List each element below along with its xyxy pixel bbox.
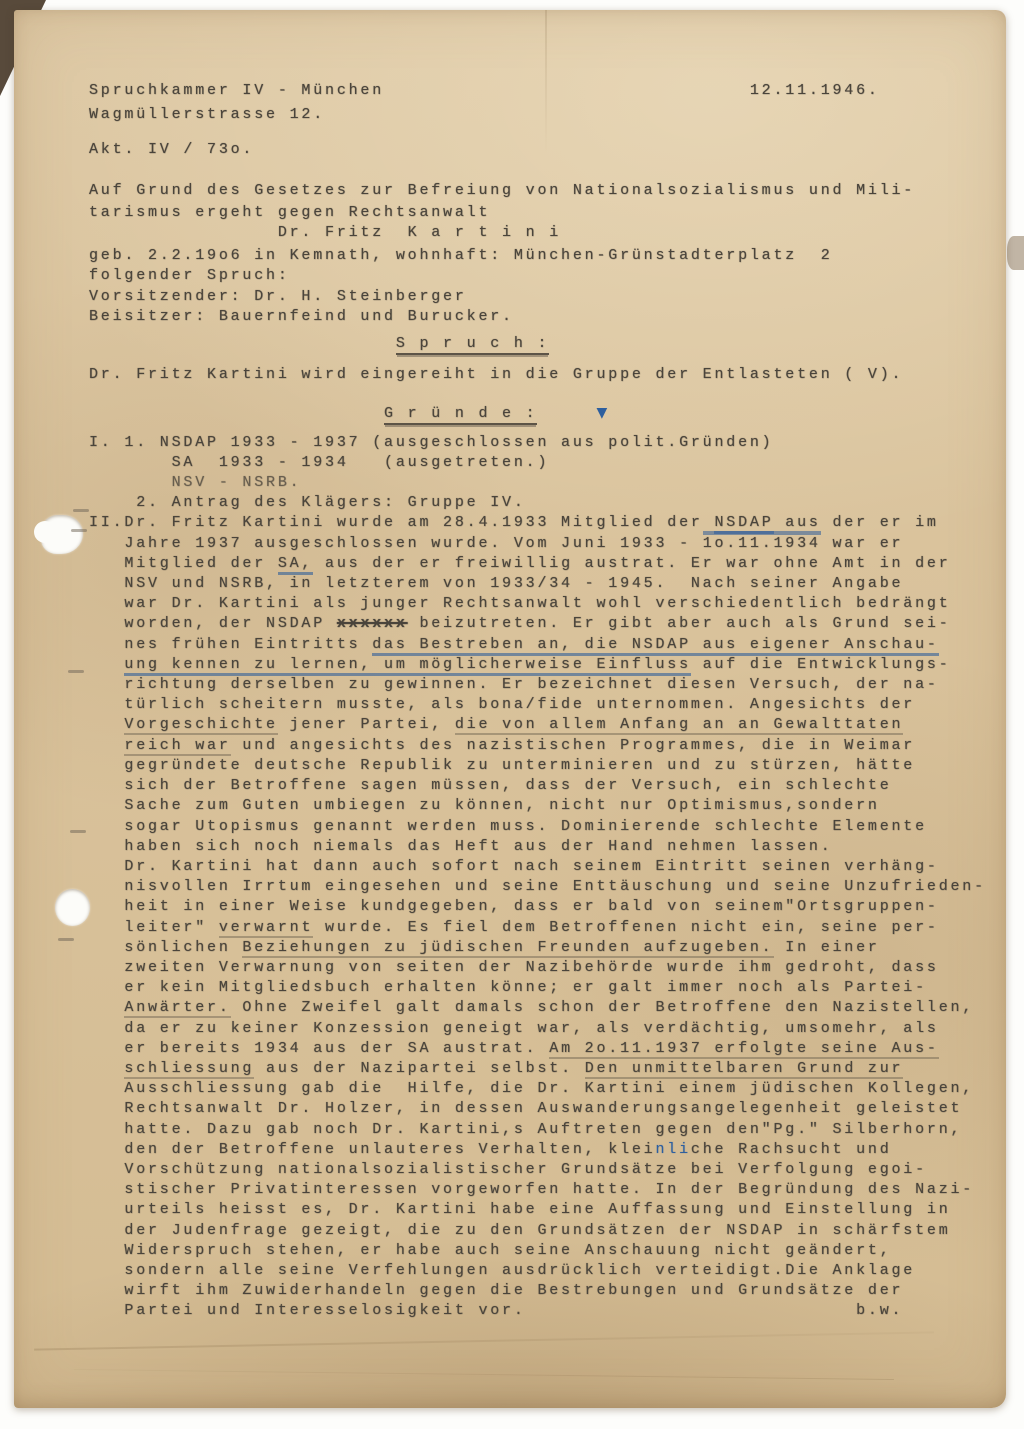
hole-punch [41, 515, 83, 554]
body-line: zweiten Verwarnung von seiten der Nazibe… [89, 958, 1006, 978]
blue-underlined-text: das Bestreben an, die NSDAP aus eigener … [372, 636, 938, 656]
body-line: sogar Utopismus genannt werden muss. Dom… [89, 817, 1006, 837]
body-line: Rechtsanwalt Dr. Holzer, in dessen Auswa… [89, 1099, 1006, 1119]
closing-and-turn-over: Partei und Interesselosigkeit vor. b.w. [89, 1301, 1006, 1321]
body-line: Dr. Kartini hat dann auch sofort nach se… [89, 857, 1006, 877]
preamble-line: folgender Spruch: [89, 266, 1006, 286]
blue-underlined-text: ung kennen zu lernen, um möglicherweise … [124, 656, 690, 676]
pencil-dash-mark [68, 670, 84, 673]
heading-spruch: S p r u c h : [89, 334, 1006, 354]
pencil-dash-mark [71, 529, 87, 532]
pencil-dash-mark [58, 938, 74, 941]
assessors-line: Beisitzer: Bauernfeind und Burucker. [89, 307, 1006, 327]
body-line: II.Dr. Fritz Kartini wurde am 28.4.1933 … [89, 513, 1006, 533]
chairman-line: Vorsitzender: Dr. H. Steinberger [89, 287, 1006, 307]
body-line: türlich scheitern musste, als bona/fide … [89, 695, 1006, 715]
body-line: Anwärter. Ohne Zweifel galt damals schon… [89, 998, 1006, 1018]
body-line: NSV und NSRB, in letzterem von 1933/34 -… [89, 574, 1006, 594]
body-line: heit in einer Weise kundgegeben, dass er… [89, 897, 1006, 917]
body-line: nisvollen Irrtum eingesehen und seine En… [89, 877, 1006, 897]
body-line: Vorschützung nationalsozialistischer Gru… [89, 1160, 1006, 1180]
pencil-underlined-text: die von allem Anfang an an Gewalttaten [455, 716, 903, 735]
membership-item: I. 1. NSDAP 1933 - 1937 (ausgeschlossen … [89, 433, 1006, 453]
header-address: Wagmüllerstrasse 12. [89, 105, 1006, 125]
pencil-dash-mark [70, 830, 86, 833]
body-line: Widerspruch stehen, er habe auch seine A… [89, 1241, 1006, 1261]
body-line: er kein Mitgliedsbuch erhalten könne; er… [89, 978, 1006, 998]
pencil-underlined-text: Vorgeschichte [124, 716, 277, 735]
body-line: worden, der NSDAP xxxxxx beizutreten. Er… [89, 614, 1006, 634]
blue-arrow-mark: ▼ [596, 405, 610, 421]
header-agency-and-date: Spruchkammer IV - München 12.11.1946. [89, 81, 1006, 101]
body-line: leiter" verwarnt wurde. Es fiel dem Betr… [89, 918, 1006, 938]
application-line: 2. Antrag des Klägers: Gruppe IV. [89, 493, 1006, 513]
document-page: Spruchkammer IV - München 12.11.1946.Wag… [14, 10, 1006, 1408]
preamble-line: Auf Grund des Gesetzes zur Befreiung von… [89, 181, 1006, 201]
body-line: richtung derselben zu gewinnen. Er bezei… [89, 675, 1006, 695]
body-line: wirft ihm Zuwiderhandeln gegen die Bestr… [89, 1281, 1006, 1301]
body-line: schliessung aus der Nazipartei selbst. D… [89, 1059, 1006, 1079]
blue-ink-text: nli [655, 1141, 690, 1158]
body-line: stischer Privatinteressen vorgeworfen ha… [89, 1180, 1006, 1200]
respondent-name: Dr. Fritz K a r t i n i [89, 223, 1006, 243]
body-line: Vorgeschichte jener Partei, die von alle… [89, 715, 1006, 735]
body-line: da er zu keiner Konzession geneigt war, … [89, 1019, 1006, 1039]
membership-item: SA 1933 - 1934 (ausgetreten.) [89, 453, 1006, 473]
body-line: nes frühen Eintritts das Bestreben an, d… [89, 635, 1006, 655]
body-line: haben sich noch niemals das Heft aus der… [89, 837, 1006, 857]
verdict-line: Dr. Fritz Kartini wird eingereiht in die… [89, 365, 1006, 385]
file-number: Akt. IV / 73o. [89, 140, 1006, 160]
heading-gruende: G r ü n d e : ▼ [89, 403, 1006, 424]
body-line: er bereits 1934 aus der SA austrat. Am 2… [89, 1039, 1006, 1059]
pencil-underlined-text: verwarnt [219, 919, 313, 938]
blue-overlined-text: 1o.11.1934 [703, 531, 821, 552]
body-line: sondern alle seine Verfehlungen ausdrück… [89, 1261, 1006, 1281]
pencil-underlined-text: schliessung [124, 1060, 254, 1079]
hole-punch [55, 889, 90, 926]
body-line: Jahre 1937 ausgeschlossen wurde. Vom Jun… [89, 534, 1006, 554]
blue-underlined-text: SA, [278, 555, 313, 575]
struck-out-word: xxxxxx [337, 615, 408, 632]
scan-edge-mark [1007, 236, 1024, 270]
preamble-line: tarismus ergeht gegen Rechtsanwalt [89, 203, 1006, 223]
body-line: war Dr. Kartini als junger Rechtsanwalt … [89, 594, 1006, 614]
body-line: der Judenfrage gezeigt, die zu den Grund… [89, 1221, 1006, 1241]
body-line: urteils heisst es, Dr. Kartini habe eine… [89, 1200, 1006, 1220]
pencil-underlined-text: Am 2o.11.1937 erfolgte seine Aus- [549, 1040, 938, 1059]
pencil-dash-mark [73, 509, 89, 512]
paper-crease [34, 1331, 934, 1350]
body-line: Mitglied der SA, aus der er freiwillig a… [89, 554, 1006, 574]
body-line: sich der Betroffene sagen müssen, dass d… [89, 776, 1006, 796]
membership-item: NSV - NSRB. [89, 473, 1006, 493]
body-line: Ausschliessung gab die Hilfe, die Dr. Ka… [89, 1079, 1006, 1099]
section-heading-text: G r ü n d e : [384, 405, 537, 425]
birth-and-residence: geb. 2.2.19o6 in Kemnath, wohnhaft: Münc… [89, 246, 1006, 266]
body-line: sönlichen Beziehungen zu jüdischen Freun… [89, 938, 1006, 958]
section-heading-text: S p r u c h : [396, 335, 549, 355]
pencil-underlined-text: Beziehungen zu jüdischen Freunden aufzug… [242, 939, 773, 958]
body-line: ung kennen zu lernen, um möglicherweise … [89, 655, 1006, 675]
pencil-underlined-text: Den unmittelbaren Grund zur [585, 1060, 904, 1079]
body-line: reich war und angesichts des nazistische… [89, 736, 1006, 756]
body-line: hatte. Dazu gab noch Dr. Kartini,s Auftr… [89, 1120, 1006, 1140]
pencil-underlined-text: Anwärter. [124, 999, 230, 1018]
body-line: Sache zum Guten umbiegen zu können, nich… [89, 796, 1006, 816]
body-line: den der Betroffene unlauteres Verhalten,… [89, 1140, 1006, 1160]
body-line: gegründete deutsche Republik zu untermin… [89, 756, 1006, 776]
typewritten-text: Spruchkammer IV - München 12.11.1946.Wag… [89, 81, 1006, 1322]
pencil-underlined-text: reich war [124, 737, 230, 756]
paper-crease [74, 1369, 894, 1380]
